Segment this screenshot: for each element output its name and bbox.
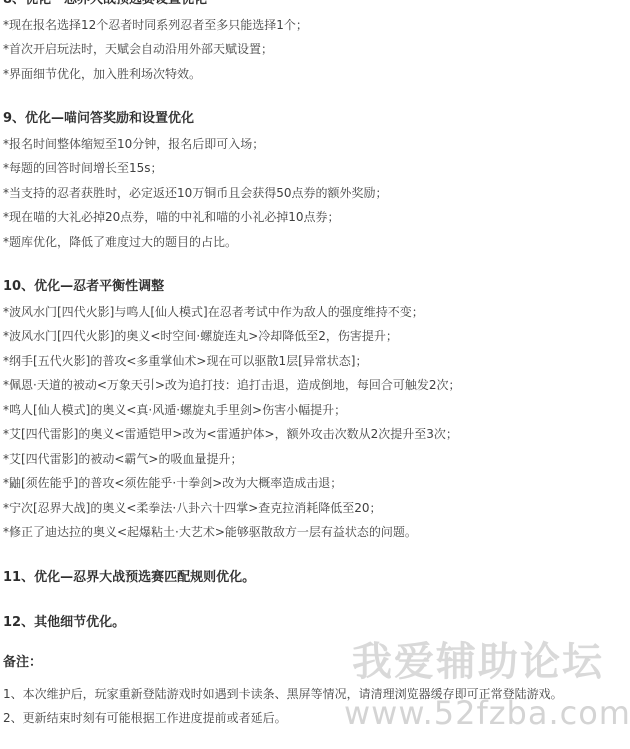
section-10-bullet-4: *佩恩·天道的被动<万象天引>改为追打技：追打击退，造成倒地，每回合可触发2次； xyxy=(3,373,630,398)
note-item-2: 2、更新结束时刻有可能根据工作进度提前或者延后。 xyxy=(3,706,630,731)
section-10-bullet-6: *艾[四代雷影]的奥义<雷遁铠甲>改为<雷遁护体>，额外攻击次数从2次提升至3次… xyxy=(3,422,630,447)
section-9-heading: 9、优化—喵问答奖励和设置优化 xyxy=(3,107,630,132)
section-8-bullet-3: *界面细节优化，加入胜利场次特效。 xyxy=(3,62,630,87)
section-9-bullet-2: *每题的回答时间增长至15s； xyxy=(3,156,630,181)
section-10-bullet-2: *波风水门[四代火影]的奥义<时空间·螺旋连丸>冷却降低至2，伤害提升； xyxy=(3,324,630,349)
section-12-heading: 12、其他细节优化。 xyxy=(3,611,630,636)
section-10-bullet-5: *鸣人[仙人模式]的奥义<真·风遁·螺旋丸手里剑>伤害小幅提升； xyxy=(3,398,630,423)
section-9-bullet-3: *当支持的忍者获胜时，必定返还10万铜币且会获得50点券的额外奖励； xyxy=(3,181,630,206)
section-9-bullet-1: *报名时间整体缩短至10分钟，报名后即可入场； xyxy=(3,132,630,157)
section-10-bullet-3: *纲手[五代火影]的普攻<多重掌仙术>现在可以驱散1层[异常状态]； xyxy=(3,349,630,374)
section-8-heading: 8、优化—忍界大战预选赛设置优化 xyxy=(3,0,630,13)
notes-label: 备注： xyxy=(3,651,630,676)
patch-notes-document: 8、优化—忍界大战预选赛设置优化 *现在报名选择12个忍者时同系列忍者至多只能选… xyxy=(0,0,630,749)
section-8-bullet-2: *首次开启玩法时，天赋会自动沿用外部天赋设置； xyxy=(3,37,630,62)
section-10-bullet-1: *波风水门[四代火影]与鸣人[仙人模式]在忍者考试中作为敌人的强度维持不变； xyxy=(3,300,630,325)
section-10-bullet-8: *鼬[须佐能乎]的普攻<须佐能乎·十拳剑>改为大概率造成击退； xyxy=(3,471,630,496)
section-10-bullet-10: *修正了迪达拉的奥义<起爆粘土·大艺术>能够驱散敌方一层有益状态的问题。 xyxy=(3,520,630,545)
section-11-heading: 11、优化—忍界大战预选赛匹配规则优化。 xyxy=(3,566,630,591)
section-10-bullet-9: *宁次[忍界大战]的奥义<柔拳法·八卦六十四掌>查克拉消耗降低至20； xyxy=(3,496,630,521)
section-10-heading: 10、优化—忍者平衡性调整 xyxy=(3,275,630,300)
section-8-bullet-1: *现在报名选择12个忍者时同系列忍者至多只能选择1个； xyxy=(3,13,630,38)
note-item-1: 1、本次维护后，玩家重新登陆游戏时如遇到卡读条、黑屏等情况，请清理浏览器缓存即可… xyxy=(3,682,630,707)
section-9-bullet-5: *题库优化，降低了难度过大的题目的占比。 xyxy=(3,230,630,255)
section-9-bullet-4: *现在喵的大礼必掉20点券，喵的中礼和喵的小礼必掉10点券； xyxy=(3,205,630,230)
section-10-bullet-7: *艾[四代雷影]的被动<霸气>的吸血量提升； xyxy=(3,447,630,472)
